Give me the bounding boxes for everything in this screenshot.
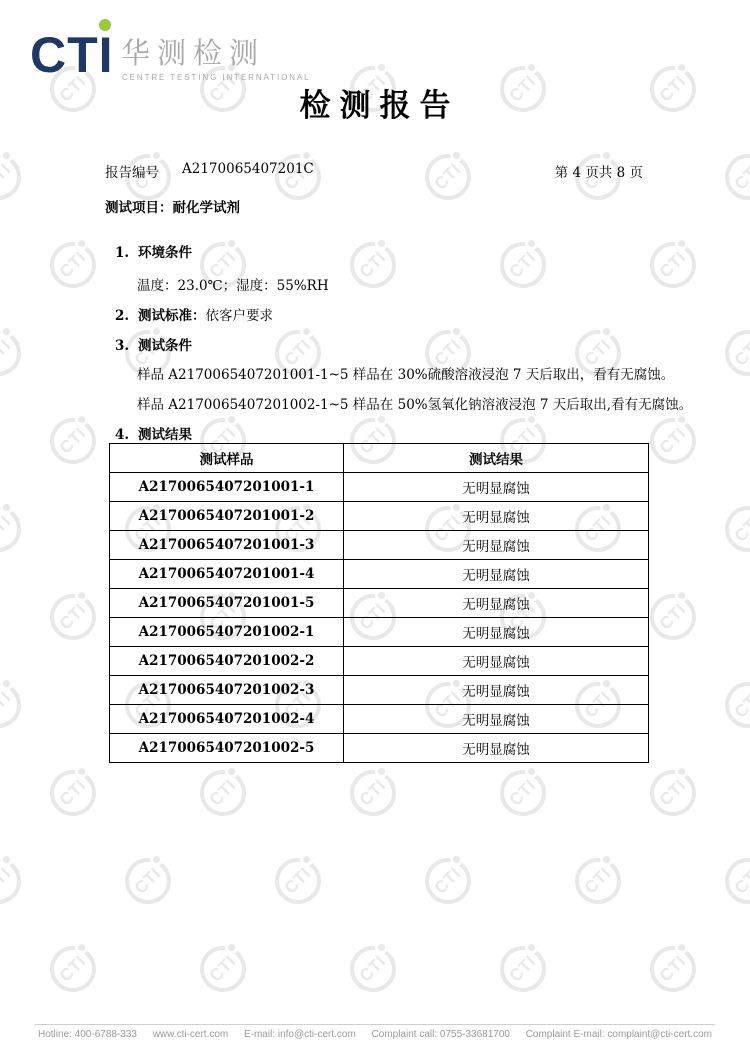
footer-hotline: Hotline: 400-6788-333 xyxy=(38,1029,137,1040)
report-page: CTICTICTICTICTICTICTICTICTICTICTICTICTIC… xyxy=(0,0,750,1061)
section-2-number: 2. xyxy=(115,308,138,324)
table-row: A2170065407201001-5无明显腐蚀 xyxy=(110,589,649,618)
footer-email: E-mail: info@cti-cert.com xyxy=(244,1029,356,1040)
section-3-number: 3. xyxy=(115,338,138,354)
results-table: 测试样品 测试结果 A2170065407201001-1无明显腐蚀 A2170… xyxy=(109,443,649,763)
table-row: A2170065407201001-1无明显腐蚀 xyxy=(110,473,649,502)
table-header-row: 测试样品 测试结果 xyxy=(110,444,649,473)
section-3-title: 测试条件 xyxy=(138,338,192,354)
table-row: A2170065407201001-2无明显腐蚀 xyxy=(110,502,649,531)
table-row: A2170065407201001-4无明显腐蚀 xyxy=(110,560,649,589)
report-number-label: 报告编号 xyxy=(105,161,159,181)
logo-chinese-name: 华测检测 xyxy=(121,40,265,69)
section-2-title: 测试标准： xyxy=(138,308,206,324)
report-number-value: A2170065407201C xyxy=(182,161,314,181)
test-item-value: 耐化学试剂 xyxy=(173,200,241,216)
sample-result: 无明显腐蚀 xyxy=(344,647,649,676)
table-row: A2170065407201002-4无明显腐蚀 xyxy=(110,705,649,734)
footer-website: www.cti-cert.com xyxy=(153,1029,229,1040)
footer-complaint-call: Complaint call: 0755-33681700 xyxy=(372,1029,510,1040)
sample-id: A2170065407201001-1 xyxy=(110,473,344,502)
sample-result: 无明显腐蚀 xyxy=(344,560,649,589)
cti-logo-text: CTI xyxy=(30,30,114,80)
test-item-label: 测试项目： xyxy=(105,200,173,216)
sample-id: A2170065407201002-5 xyxy=(110,734,344,763)
sample-id: A2170065407201002-2 xyxy=(110,647,344,676)
environment-conditions-text: 温度：23.0℃；湿度：55%RH xyxy=(137,274,329,294)
report-content: CTI 华测检测 CENTRE TESTING INTERNATIONAL 检测… xyxy=(0,0,750,1061)
sample-id: A2170065407201002-3 xyxy=(110,676,344,705)
document-title: 检测报告 xyxy=(0,80,750,125)
sample-id: A2170065407201001-5 xyxy=(110,589,344,618)
sample-result: 无明显腐蚀 xyxy=(344,589,649,618)
table-row: A2170065407201002-1无明显腐蚀 xyxy=(110,618,649,647)
section-4-title: 测试结果 xyxy=(138,427,192,443)
table-row: A2170065407201002-5无明显腐蚀 xyxy=(110,734,649,763)
test-standard-value: 依客户要求 xyxy=(206,308,274,324)
sample-id: A2170065407201002-1 xyxy=(110,618,344,647)
column-header-sample: 测试样品 xyxy=(110,444,344,473)
section-2-heading: 2.测试标准：依客户要求 xyxy=(115,304,273,324)
section-3-heading: 3.测试条件 xyxy=(115,334,192,354)
section-1-heading: 1.环境条件 xyxy=(115,241,192,261)
sample-result: 无明显腐蚀 xyxy=(344,502,649,531)
report-meta-row: 报告编号 A2170065407201C 第 4 页共 8 页 xyxy=(105,161,643,181)
footer-complaint-email: Complaint E-mail: complaint@cti-cert.com xyxy=(526,1029,712,1040)
section-4-number: 4. xyxy=(115,427,138,443)
section-4-heading: 4.测试结果 xyxy=(115,423,192,443)
table-row: A2170065407201002-2无明显腐蚀 xyxy=(110,647,649,676)
page-indicator: 第 4 页共 8 页 xyxy=(555,161,643,181)
sample-id: A2170065407201001-3 xyxy=(110,531,344,560)
table-row: A2170065407201001-3无明显腐蚀 xyxy=(110,531,649,560)
test-item-line: 测试项目：耐化学试剂 xyxy=(105,196,240,216)
sample-result: 无明显腐蚀 xyxy=(344,473,649,502)
sample-result: 无明显腐蚀 xyxy=(344,705,649,734)
section-1-number: 1. xyxy=(115,245,138,261)
sample-id: A2170065407201002-4 xyxy=(110,705,344,734)
test-condition-line-1: 样品 A2170065407201001-1~5 样品在 30%硫酸溶液浸泡 7… xyxy=(137,363,674,383)
sample-result: 无明显腐蚀 xyxy=(344,734,649,763)
section-1-title: 环境条件 xyxy=(138,245,192,261)
test-condition-line-2: 样品 A2170065407201002-1~5 样品在 50%氢氧化钠溶液浸泡… xyxy=(137,393,692,413)
footer-divider xyxy=(35,1024,715,1025)
sample-result: 无明显腐蚀 xyxy=(344,676,649,705)
table-row: A2170065407201002-3无明显腐蚀 xyxy=(110,676,649,705)
column-header-result: 测试结果 xyxy=(344,444,649,473)
footer-contact-bar: Hotline: 400-6788-333 www.cti-cert.com E… xyxy=(38,1029,712,1040)
logo-green-dot-icon xyxy=(99,19,111,31)
sample-id: A2170065407201001-4 xyxy=(110,560,344,589)
sample-result: 无明显腐蚀 xyxy=(344,618,649,647)
sample-result: 无明显腐蚀 xyxy=(344,531,649,560)
sample-id: A2170065407201001-2 xyxy=(110,502,344,531)
